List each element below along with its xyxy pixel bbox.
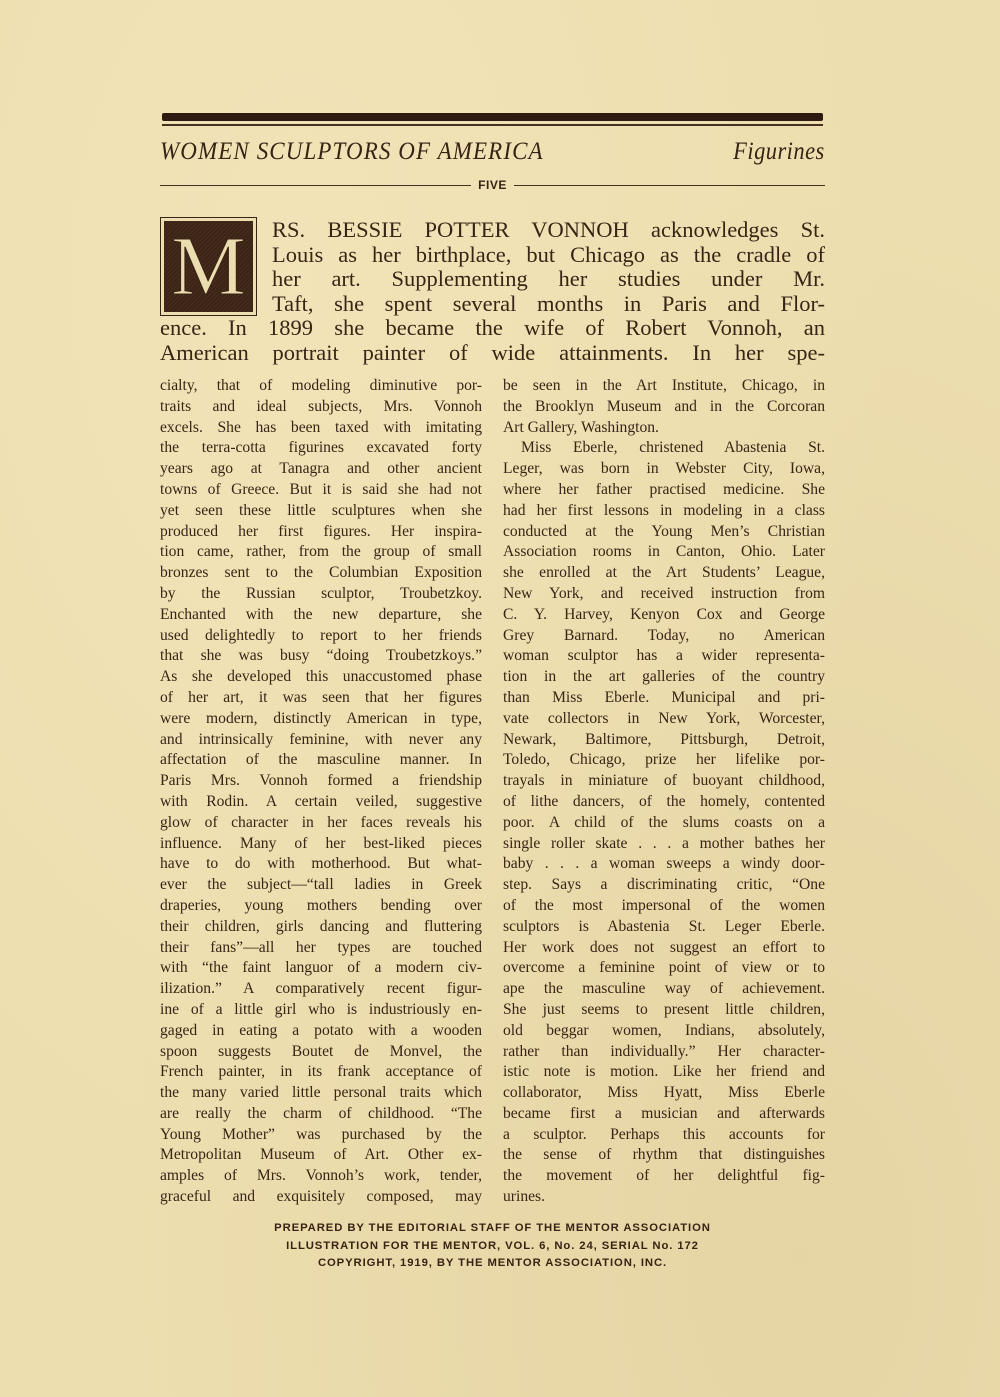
text-line: Art Gallery, Washington.: [503, 418, 825, 439]
text-line: Young Mother” was purchased by the: [160, 1125, 482, 1146]
text-line: of the most impersonal of the women: [503, 896, 825, 917]
text-line: their children, girls dancing and flutte…: [160, 917, 482, 938]
text-line: poor. A child of the slums coasts on a: [503, 813, 825, 834]
text-line: affectation of the masculine manner. In: [160, 750, 482, 771]
text-line: by the Russian sculptor, Troubetzkoy.: [160, 584, 482, 605]
intro-paragraph: RS. BESSIE POTTER VONNOH acknowledges St…: [160, 218, 825, 365]
text-line: baby . . . a woman sweeps a windy door-: [503, 854, 825, 875]
text-line: of her art, it was seen that her figures: [160, 688, 482, 709]
text-line: Grey Barnard. Today, no American: [503, 626, 825, 647]
text-line: are really the charm of childhood. “The: [160, 1104, 482, 1125]
text-line: sculptors is Abastenia St. Leger Eberle.: [503, 917, 825, 938]
colophon: PREPARED BY THE EDITORIAL STAFF OF THE M…: [160, 1220, 825, 1273]
text-line: yet seen these little sculptures when sh…: [160, 501, 482, 522]
text-line: French painter, in its frank acceptance …: [160, 1062, 482, 1083]
text-line: Toledo, Chicago, prize her lifelike por-: [503, 750, 825, 771]
text-line: of lithe dancers, of the homely, content…: [503, 792, 825, 813]
text-line: istic note is motion. Like her friend an…: [503, 1062, 825, 1083]
text-line: with Rodin. A certain veiled, suggestive: [160, 792, 482, 813]
text-line: and intrinsically feminine, with never a…: [160, 730, 482, 751]
text-line: their fans”—all her types are touched: [160, 938, 482, 959]
text-line: the many varied little personal traits w…: [160, 1083, 482, 1104]
text-line: cialty, that of modeling diminutive por-: [160, 376, 482, 397]
text-line: ilization.” A comparatively recent figur…: [160, 979, 482, 1000]
text-line: a sculptor. Perhaps this accounts for: [503, 1125, 825, 1146]
text-line: gaged in eating a potato with a wooden: [160, 1021, 482, 1042]
text-line: amples of Mrs. Vonnoh’s work, tender,: [160, 1166, 482, 1187]
text-line: tion in the art galleries of the country: [503, 667, 825, 688]
text-line: used delightedly to report to her friend…: [160, 626, 482, 647]
text-line: spoon suggests Boutet de Monvel, the: [160, 1042, 482, 1063]
text-line: that she was busy “doing Troubetzkoys.”: [160, 646, 482, 667]
text-line: excels. She has been taxed with imitatin…: [160, 418, 482, 439]
text-line: She just seems to present little childre…: [503, 1000, 825, 1021]
intro-line: Louis as her birthplace, but Chicago as …: [272, 243, 825, 268]
intro-line: Taft, she spent several months in Paris …: [272, 292, 825, 317]
text-line: woman sculptor has a wider representa-: [503, 646, 825, 667]
text-line: influence. Many of her best-liked pieces: [160, 834, 482, 855]
text-line: she enrolled at the Art Students’ League…: [503, 563, 825, 584]
text-line: the movement of her delightful fig-: [503, 1166, 825, 1187]
intro-line: ence. In 1899 she became the wife of Rob…: [160, 316, 825, 341]
text-line: than Miss Eberle. Municipal and pri-: [503, 688, 825, 709]
right-column: be seen in the Art Institute, Chicago, i…: [503, 376, 825, 1208]
text-line: were modern, distinctly American in type…: [160, 709, 482, 730]
text-line: trayals in miniature of buoyant childhoo…: [503, 771, 825, 792]
text-line: conducted at the Young Men’s Christian: [503, 522, 825, 543]
body-columns: cialty, that of modeling diminutive por-…: [160, 376, 825, 1208]
text-line: be seen in the Art Institute, Chicago, i…: [503, 376, 825, 397]
text-line: collaborator, Miss Hyatt, Miss Eberle: [503, 1083, 825, 1104]
running-header: WOMEN SCULPTORS OF AMERICA Figurines: [160, 138, 825, 172]
text-line: draperies, young mothers bending over: [160, 896, 482, 917]
text-line: As she developed this unaccustomed phase: [160, 667, 482, 688]
text-line: the terra-cotta figurines excavated fort…: [160, 438, 482, 459]
colophon-line: ILLUSTRATION FOR THE MENTOR, VOL. 6, No.…: [160, 1238, 825, 1256]
divider-line-right: [514, 185, 825, 186]
text-line: vate collectors in New York, Worcester,: [503, 709, 825, 730]
text-line: had her first lessons in modeling in a c…: [503, 501, 825, 522]
text-line: C. Y. Harvey, Kenyon Cox and George: [503, 605, 825, 626]
text-line: ever the subject—“tall ladies in Greek: [160, 875, 482, 896]
text-line: Association rooms in Canton, Ohio. Later: [503, 542, 825, 563]
text-line: single roller skate . . . a mother bathe…: [503, 834, 825, 855]
text-line: the sense of rhythm that distinguishes: [503, 1145, 825, 1166]
text-line: Leger, was born in Webster City, Iowa,: [503, 459, 825, 480]
text-line: old beggar women, Indians, absolutely,: [503, 1021, 825, 1042]
left-column: cialty, that of modeling diminutive por-…: [160, 376, 482, 1208]
text-line: New York, and received instruction from: [503, 584, 825, 605]
number-divider: FIVE: [160, 178, 825, 192]
text-line: have to do with motherhood. But what-: [160, 854, 482, 875]
divider-line-left: [160, 185, 471, 186]
text-line: years ago at Tanagra and other ancient: [160, 459, 482, 480]
text-line: bronzes sent to the Columbian Exposition: [160, 563, 482, 584]
text-line: where her father practised medicine. She: [503, 480, 825, 501]
section-title: Figurines: [733, 138, 825, 166]
text-line: became first a musician and afterwards: [503, 1104, 825, 1125]
text-line: tion came, rather, from the group of sma…: [160, 542, 482, 563]
intro-line: American portrait painter of wide attain…: [160, 341, 825, 366]
text-line: graceful and exquisitely composed, may: [160, 1187, 482, 1208]
top-thick-rule: [162, 113, 823, 121]
text-line: Newark, Baltimore, Pittsburgh, Detroit,: [503, 730, 825, 751]
text-line: ape the masculine way of achievement.: [503, 979, 825, 1000]
text-line: glow of character in her faces reveals h…: [160, 813, 482, 834]
series-title: WOMEN SCULPTORS OF AMERICA: [160, 138, 544, 166]
text-line: Metropolitan Museum of Art. Other ex-: [160, 1145, 482, 1166]
text-line: the Brooklyn Museum and in the Corcoran: [503, 397, 825, 418]
page-number-label: FIVE: [471, 178, 514, 192]
text-line: ine of a little girl who is industriousl…: [160, 1000, 482, 1021]
text-line: rather than individually.” Her character…: [503, 1042, 825, 1063]
intro-line: RS. BESSIE POTTER VONNOH acknowledges St…: [272, 218, 825, 243]
text-line: produced her first figures. Her inspira-: [160, 522, 482, 543]
top-thin-rule: [162, 124, 823, 126]
text-line: towns of Greece. But it is said she had …: [160, 480, 482, 501]
text-line: traits and ideal subjects, Mrs. Vonnoh: [160, 397, 482, 418]
text-line: Paris Mrs. Vonnoh formed a friendship: [160, 771, 482, 792]
text-line: urines.: [503, 1187, 825, 1208]
intro-line: her art. Supplementing her studies under…: [272, 267, 825, 292]
colophon-line: COPYRIGHT, 1919, BY THE MENTOR ASSOCIATI…: [160, 1255, 825, 1273]
text-line: with “the faint languor of a modern civ-: [160, 958, 482, 979]
text-line: step. Says a discriminating critic, “One: [503, 875, 825, 896]
text-line: Miss Eberle, christened Abastenia St.: [503, 438, 825, 459]
colophon-line: PREPARED BY THE EDITORIAL STAFF OF THE M…: [160, 1220, 825, 1238]
text-line: overcome a feminine point of view or to: [503, 958, 825, 979]
text-line: Enchanted with the new departure, she: [160, 605, 482, 626]
text-line: Her work does not suggest an effort to: [503, 938, 825, 959]
